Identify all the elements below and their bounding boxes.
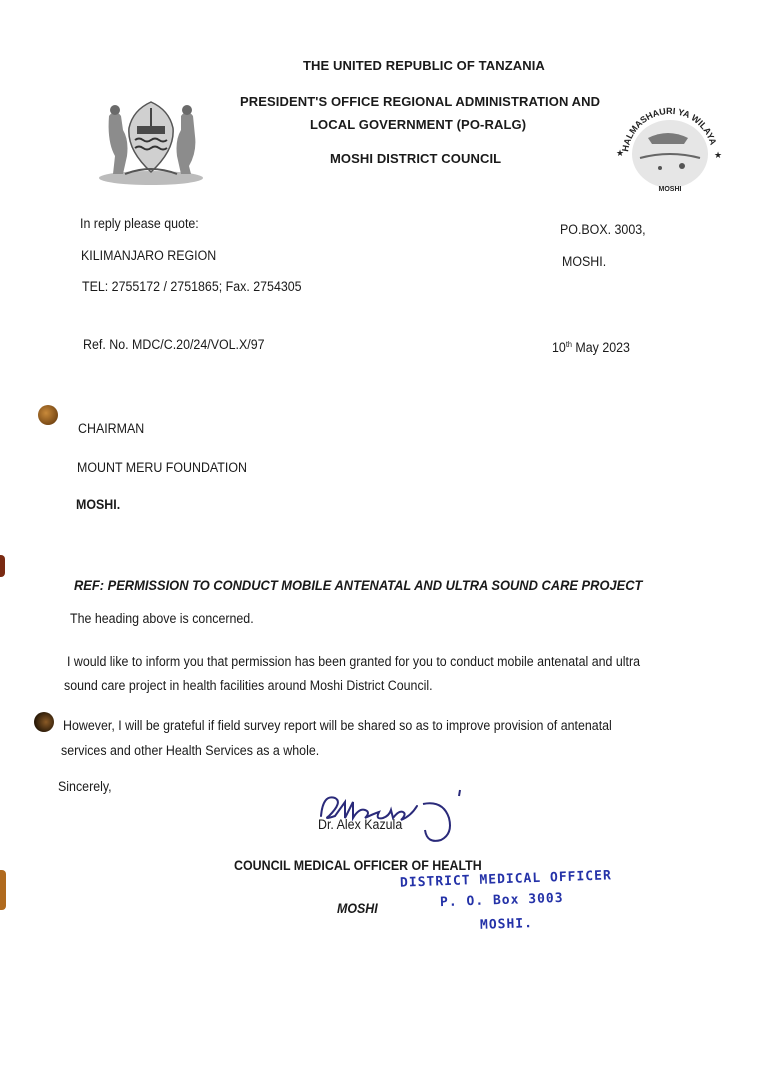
office-heading-line1: PRESIDENT'S OFFICE REGIONAL ADMINISTRATI… — [240, 94, 600, 109]
country-heading: THE UNITED REPUBLIC OF TANZANIA — [303, 58, 545, 73]
recipient-title: CHAIRMAN — [78, 421, 144, 436]
sender-po-box: PO.BOX. 3003, — [560, 222, 646, 237]
paragraph-2-line-1: However, I will be grateful if field sur… — [63, 718, 612, 733]
svg-text:MOSHI: MOSHI — [659, 186, 682, 193]
tanzania-coat-of-arms-icon — [95, 96, 207, 188]
recipient-organization: MOUNT MERU FOUNDATION — [77, 460, 247, 475]
signatory-location: MOSHI — [337, 901, 378, 916]
subject-line: REF: PERMISSION TO CONDUCT MOBILE ANTENA… — [74, 577, 642, 593]
signatory-name: Dr. Alex Kazula — [318, 817, 402, 832]
reply-quote-label: In reply please quote: — [80, 216, 199, 231]
paragraph-1-line-2: sound care project in health facilities … — [64, 678, 433, 693]
edge-mark — [0, 555, 5, 577]
svg-text:★: ★ — [714, 150, 722, 160]
district-council-seal-icon: HALMASHAURI YA WILAYA ★ ★ MOSHI — [610, 96, 728, 194]
office-heading-line2: LOCAL GOVERNMENT (PO-RALG) — [310, 117, 526, 132]
edge-mark — [0, 870, 6, 910]
handwritten-signature-icon — [315, 786, 465, 846]
opening-line: The heading above is concerned. — [70, 611, 254, 626]
punch-hole-mark — [38, 405, 58, 425]
paragraph-1-line-1: I would like to inform you that permissi… — [67, 654, 640, 669]
signatory-position: COUNCIL MEDICAL OFFICER OF HEALTH — [234, 858, 482, 873]
council-heading: MOSHI DISTRICT COUNCIL — [330, 151, 501, 166]
sender-contact: TEL: 2755172 / 2751865; Fax. 2754305 — [82, 279, 302, 294]
svg-text:★: ★ — [616, 148, 624, 158]
stamp-line-2: P. O. Box 3003 — [440, 891, 564, 910]
recipient-city: MOSHI. — [76, 497, 120, 512]
punch-hole-mark — [34, 712, 54, 732]
reference-number: Ref. No. MDC/C.20/24/VOL.X/97 — [83, 337, 265, 352]
closing-salutation: Sincerely, — [58, 779, 112, 794]
sender-city: MOSHI. — [562, 254, 606, 269]
sender-region: KILIMANJARO REGION — [81, 248, 216, 263]
stamp-line-3: MOSHI. — [480, 916, 533, 933]
paragraph-2-line-2: services and other Health Services as a … — [61, 743, 319, 758]
letter-date: 10th May 2023 — [552, 340, 630, 355]
